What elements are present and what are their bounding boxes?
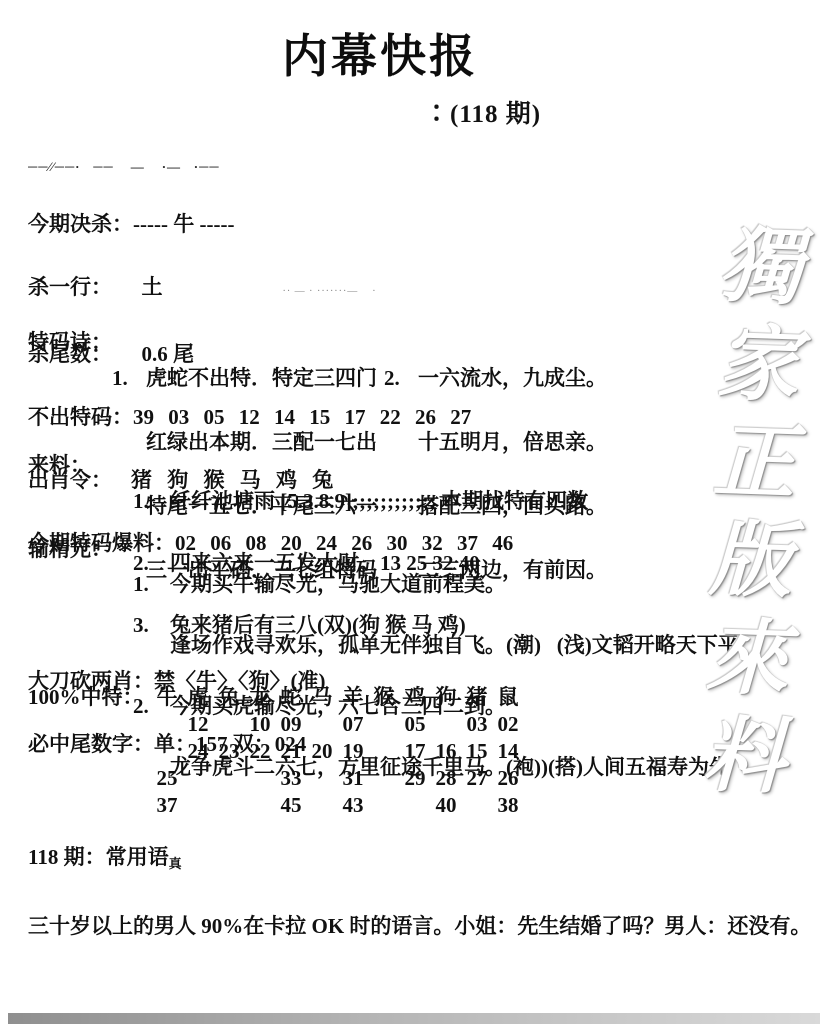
zodiac-section: 100%中特： 牛虎兔龙蛇马羊猴鸡狗猪鼠12100907050302242322… — [28, 684, 524, 819]
zodiac-number: 02 — [493, 711, 524, 738]
zodiac-number: 17 — [400, 738, 431, 765]
zodiac-number: 12 — [183, 711, 214, 738]
zodiac-number: 28 — [431, 765, 462, 792]
zodiac-number — [369, 765, 400, 792]
zodiac-number — [152, 738, 183, 765]
zodiac-number: 15 — [462, 738, 493, 765]
zodiac-animal: 蛇 — [276, 684, 307, 711]
zodiac-number: 22 — [245, 738, 276, 765]
zodiac-number — [307, 765, 338, 792]
zodiac-grid: 牛虎兔龙蛇马羊猴鸡狗猪鼠1210090705030224232221201917… — [152, 684, 524, 819]
poem-1-number: 1. — [112, 364, 146, 392]
shujingguang-row: 1.今期买牛输尽光，马驰大道前程美。 — [133, 572, 739, 597]
zodiac-animal: 羊 — [338, 684, 369, 711]
zodiac-number: 19 — [338, 738, 369, 765]
line-shayihang: 杀一行： 土·· — · ·······— · — [28, 274, 513, 305]
watermark-vertical-text: 獨家正版來料 — [676, 220, 815, 854]
footer-issue-sub: 真 — [169, 856, 182, 871]
zodiac-number: 29 — [400, 765, 431, 792]
zodiac-number — [152, 711, 183, 738]
zodiac-animal: 牛 — [152, 684, 183, 711]
zodiac-number: 21 — [276, 738, 307, 765]
zodiac-number: 07 — [338, 711, 369, 738]
line-juesha: 今期决杀：----- 牛 ----- — [28, 211, 513, 238]
zodiac-animal: 猴 — [369, 684, 400, 711]
line-juesha-value: ----- 牛 ----- — [133, 212, 234, 236]
zodiac-animal: 鸡 — [400, 684, 431, 711]
zodiac-animal: 兔 — [214, 684, 245, 711]
zodiac-number: 05 — [400, 711, 431, 738]
redacted-line: ──⁄⁄──· ── — ·— ·── — [28, 160, 513, 175]
poem-2-line: 一六流水，九成尘。 — [418, 366, 607, 390]
zodiac-number — [183, 765, 214, 792]
zodiac-number: 23 — [214, 738, 245, 765]
zodiac-number: 31 — [338, 765, 369, 792]
zodiac-number: 20 — [307, 738, 338, 765]
zodiac-number: 25 — [152, 765, 183, 792]
poem-1-line: 虎蛇不出特．特定三四门 — [146, 366, 377, 390]
zodiac-animal: 龙 — [245, 684, 276, 711]
zodiac-label: 100%中特： — [28, 684, 144, 819]
zodiac-number: 10 — [245, 711, 276, 738]
poem-2-number: 2. — [384, 364, 418, 392]
line-shayihang-label: 杀一行： — [28, 274, 131, 301]
line-shayihang-faded-marks: ·· — · ·······— · — [283, 286, 377, 297]
zodiac-number: 16 — [431, 738, 462, 765]
zodiac-animal: 马 — [307, 684, 338, 711]
line-juesha-label: 今期决杀： — [28, 211, 133, 238]
zodiac-number: 14 — [493, 738, 524, 765]
zodiac-animal: 猪 — [462, 684, 493, 711]
zodiac-number: 24 — [183, 738, 214, 765]
zodiac-animal: 狗 — [431, 684, 462, 711]
lailiao-item: 1.纤纤池塘雨 [5.3.8.9];;;;;;;;;;;; 本期找特有四数 — [133, 488, 588, 514]
zodiac-number: 33 — [276, 765, 307, 792]
footer-joke: 三十岁以上的男人 90%在卡拉 OK 时的语言。小姐：先生结婚了吗？男人：还没有… — [28, 913, 811, 940]
zodiac-number: 03 — [462, 711, 493, 738]
zodiac-number: 27 — [462, 765, 493, 792]
zodiac-number — [369, 738, 400, 765]
zodiac-number — [431, 711, 462, 738]
zodiac-number — [307, 711, 338, 738]
zodiac-animal: 鼠 — [493, 684, 524, 711]
zodiac-animal: 虎 — [183, 684, 214, 711]
zodiac-number — [214, 711, 245, 738]
zodiac-number: 26 — [493, 765, 524, 792]
page-title: 内幕快报 — [0, 20, 760, 86]
zodiac-number: 09 — [276, 711, 307, 738]
line-shayihang-value: 土 — [131, 275, 163, 299]
scan-edge-bar — [8, 1013, 820, 1024]
zodiac-number — [369, 711, 400, 738]
zodiac-number — [214, 765, 245, 792]
zodiac-number — [245, 765, 276, 792]
